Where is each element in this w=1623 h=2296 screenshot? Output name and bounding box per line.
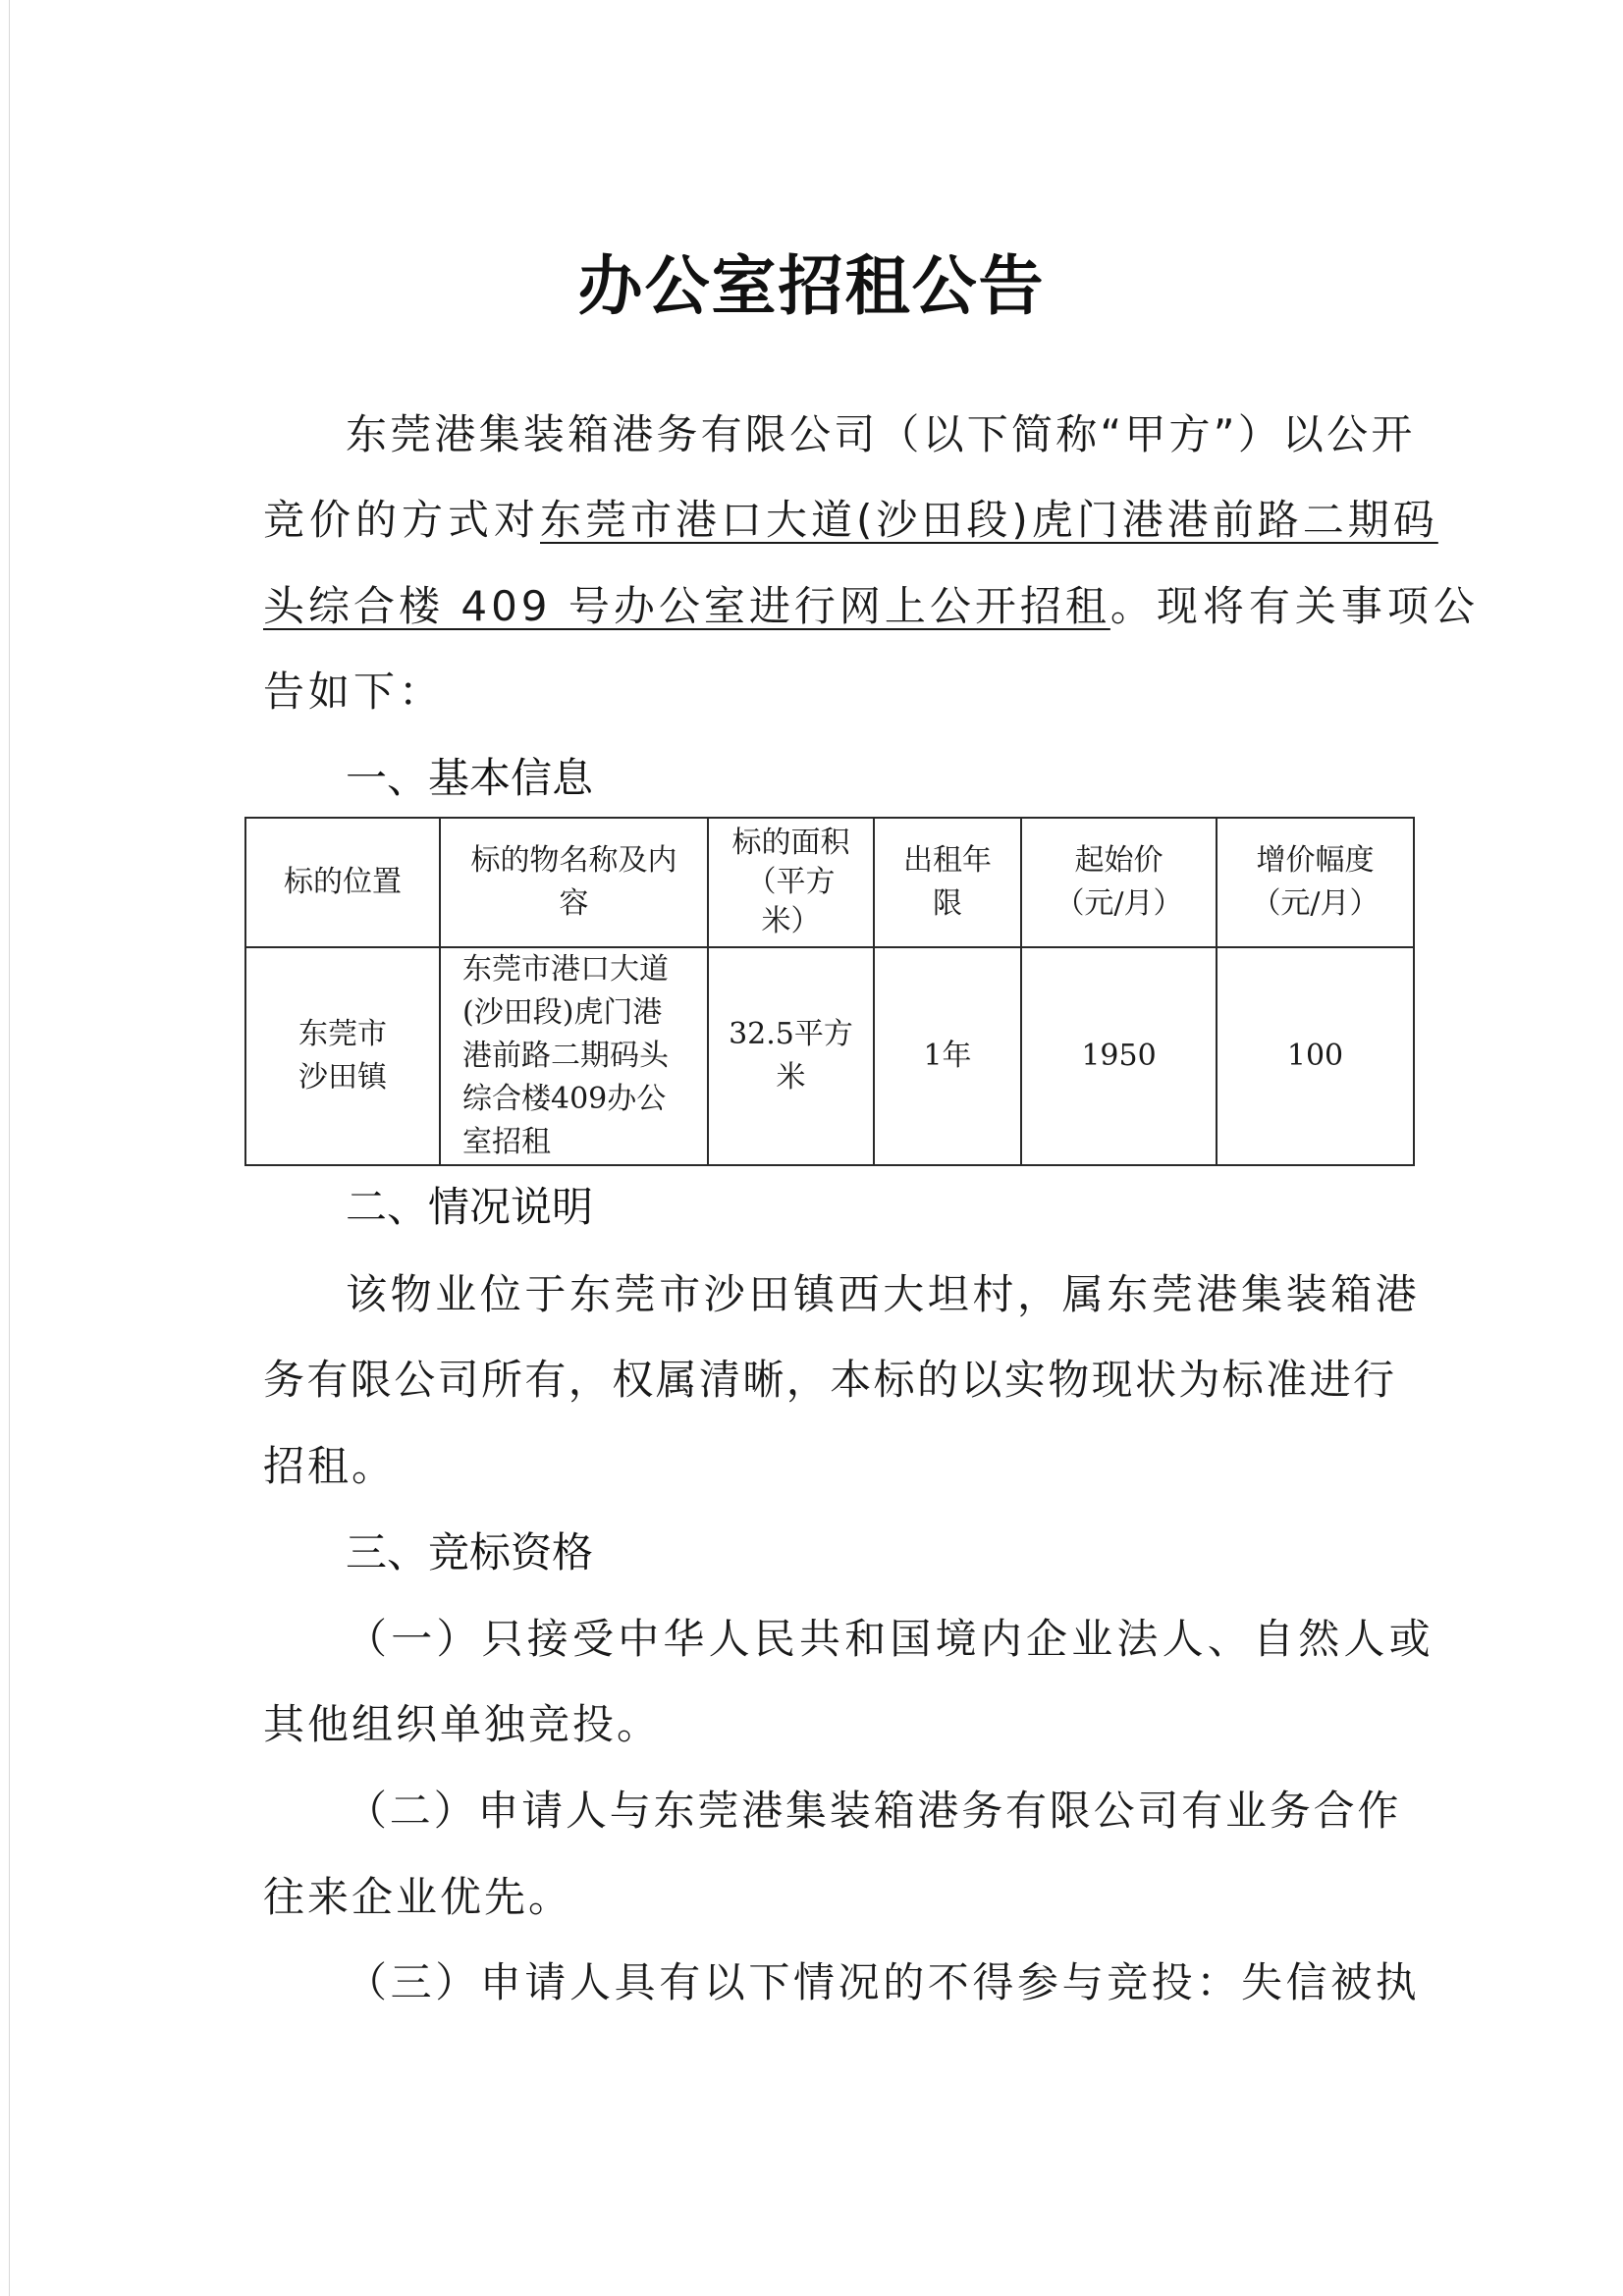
header-increment-line-2: （元/月） [1227,882,1403,926]
header-term-line-1: 出租年 [885,839,1010,882]
intro-line-2-prefix: 竞价的方式对 [263,496,540,544]
cell-item-name-line-4: 综合楼409办公 [462,1078,697,1121]
intro-line-4: 告如下： [263,667,444,717]
intro-line-3: 头综合楼 409 号办公室进行网上公开招租。现将有关事项公 [263,582,1394,631]
header-area-line-2: （平方 [719,863,863,902]
cell-start-price: 1950 [1021,947,1217,1165]
section-3-item-1-line-2-text: 其他组织单独竞投。 [263,1700,661,1748]
header-increment: 增价幅度 （元/月） [1217,818,1414,947]
header-area-line-3: 米） [719,902,863,941]
cell-location: 东莞市 沙田镇 [245,947,440,1165]
header-start-price-line-2: （元/月） [1032,882,1206,926]
section-3-item-1-line-1: （一）只接受中华人民共和国境内企业法人、自然人或 [346,1615,1434,1664]
cell-item-name-line-3: 港前路二期码头 [462,1035,697,1078]
intro-line-1-text: 东莞港集装箱港务有限公司（以下简称“甲方”）以公开 [346,410,1416,458]
cell-location-line-2: 沙田镇 [256,1056,429,1099]
section-3-item-3-line-1: （三）申请人具有以下情况的不得参与竞投：失信被执 [346,1958,1420,2007]
intro-line-3-suffix: 。现将有关事项公 [1110,582,1480,630]
table-header-row: 标的位置 标的物名称及内 容 标的面积 （平方 米） 出租年 限 起始价 （元/… [245,818,1414,947]
intro-line-4-text: 告如下： [263,667,444,716]
section-2-line-1-text: 该物业位于东莞市沙田镇西大坦村，属东莞港集装箱港 [346,1270,1420,1318]
header-item-name: 标的物名称及内 容 [440,818,708,947]
cell-area-line-2: 米 [719,1056,863,1099]
header-start-price: 起始价 （元/月） [1021,818,1217,947]
cell-term: 1年 [874,947,1021,1165]
header-area: 标的面积 （平方 米） [708,818,874,947]
header-location: 标的位置 [245,818,440,947]
cell-area: 32.5平方 米 [708,947,874,1165]
section-3-item-2-line-1: （二）申请人与东莞港集装箱港务有限公司有业务合作 [346,1787,1401,1836]
document-title: 办公室招租公告 [0,234,1623,327]
intro-line-2: 竞价的方式对东莞市港口大道(沙田段)虎门港港前路二期码 [263,496,1394,545]
section-2-heading: 二、情况说明 [346,1183,593,1232]
section-2-line-3-text: 招租。 [263,1442,396,1490]
page-edge [9,0,10,2296]
section-3-item-1-line-1-text: （一）只接受中华人民共和国境内企业法人、自然人或 [346,1615,1434,1663]
table-row: 东莞市 沙田镇 东莞市港口大道 (沙田段)虎门港 港前路二期码头 综合楼409办… [245,947,1414,1165]
basic-info-table: 标的位置 标的物名称及内 容 标的面积 （平方 米） 出租年 限 起始价 （元/… [244,817,1415,1166]
section-3-item-3-line-1-text: （三）申请人具有以下情况的不得参与竞投：失信被执 [346,1958,1420,2006]
section-3-item-2-line-2: 往来企业优先。 [263,1873,572,1922]
header-increment-line-1: 增价幅度 [1227,839,1403,882]
cell-item-name-line-2: (沙田段)虎门港 [462,991,697,1035]
section-1-heading: 一、基本信息 [346,754,593,803]
property-address-link: 东莞市港口大道(沙田段)虎门港港前路二期码 [540,496,1438,544]
cell-location-line-1: 东莞市 [256,1013,429,1056]
header-start-price-line-1: 起始价 [1032,839,1206,882]
cell-increment: 100 [1217,947,1414,1165]
section-3-item-2-line-2-text: 往来企业优先。 [263,1873,572,1921]
section-3-heading: 三、竞标资格 [346,1528,593,1577]
header-location-text: 标的位置 [256,861,429,904]
header-term: 出租年 限 [874,818,1021,947]
cell-item-name: 东莞市港口大道 (沙田段)虎门港 港前路二期码头 综合楼409办公 室招租 [440,947,708,1165]
header-item-name-line-1: 标的物名称及内 [451,839,697,882]
header-area-line-1: 标的面积 [719,824,863,863]
cell-item-name-line-5: 室招租 [462,1121,697,1164]
section-2-line-2-text: 务有限公司所有，权属清晰，本标的以实物现状为标准进行 [263,1356,1396,1404]
header-item-name-line-2: 容 [451,882,697,926]
cell-area-line-1: 32.5平方 [719,1013,863,1056]
section-3-item-2-line-1-text: （二）申请人与东莞港集装箱港务有限公司有业务合作 [346,1787,1401,1835]
intro-line-1: 东莞港集装箱港务有限公司（以下简称“甲方”）以公开 [346,410,1394,459]
section-2-line-1: 该物业位于东莞市沙田镇西大坦村，属东莞港集装箱港 [346,1270,1420,1319]
cell-item-name-line-1: 东莞市港口大道 [462,948,697,991]
header-term-line-2: 限 [885,882,1010,926]
section-2-line-2: 务有限公司所有，权属清晰，本标的以实物现状为标准进行 [263,1356,1396,1405]
property-address-continued: 头综合楼 409 号办公室进行网上公开招租 [263,582,1110,630]
section-3-item-1-line-2: 其他组织单独竞投。 [263,1700,661,1749]
section-2-line-3: 招租。 [263,1442,396,1491]
